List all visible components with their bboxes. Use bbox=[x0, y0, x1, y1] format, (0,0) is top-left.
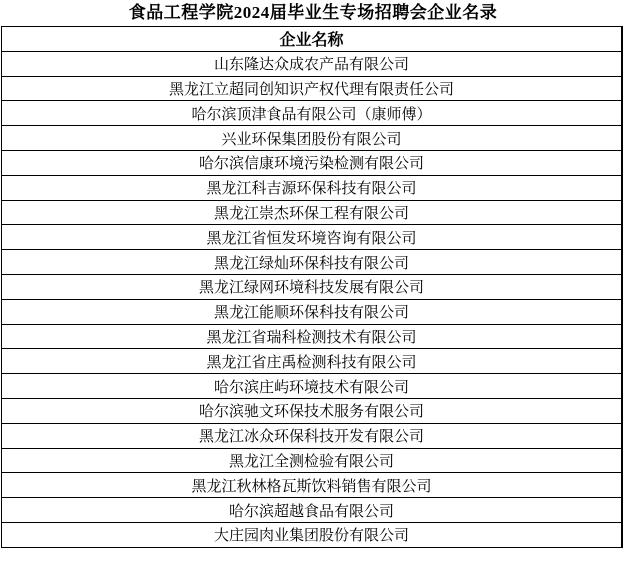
table-row: 黑龙江崇杰环保工程有限公司 bbox=[2, 200, 623, 225]
document-page: 食品工程学院2024届毕业生专场招聘会企业名录 企业名称 山东隆达众成农产品有限… bbox=[0, 0, 626, 573]
table-row: 哈尔滨超越食品有限公司 bbox=[2, 498, 623, 523]
table-row: 哈尔滨驰文环保技术服务有限公司 bbox=[2, 398, 623, 423]
table-row: 黑龙江科吉源环保科技有限公司 bbox=[2, 175, 623, 200]
company-name-cell: 哈尔滨信康环境污染检测有限公司 bbox=[2, 150, 623, 175]
table-row: 哈尔滨庄屿环境技术有限公司 bbox=[2, 374, 623, 399]
table-row: 黑龙江省瑞科检测技术有限公司 bbox=[2, 324, 623, 349]
company-name-cell: 黑龙江科吉源环保科技有限公司 bbox=[2, 175, 623, 200]
company-table: 企业名称 山东隆达众成农产品有限公司黑龙江立超同创知识产权代理有限责任公司哈尔滨… bbox=[1, 26, 623, 548]
table-row: 黑龙江秋林格瓦斯饮料销售有限公司 bbox=[2, 473, 623, 498]
company-name-cell: 黑龙江省庄禹检测科技有限公司 bbox=[2, 349, 623, 374]
company-name-cell: 黑龙江立超同创知识产权代理有限责任公司 bbox=[2, 76, 623, 101]
company-name-cell: 黑龙江绿灿环保科技有限公司 bbox=[2, 250, 623, 275]
company-name-cell: 山东隆达众成农产品有限公司 bbox=[2, 51, 623, 76]
company-name-cell: 哈尔滨庄屿环境技术有限公司 bbox=[2, 374, 623, 399]
company-name-cell: 黑龙江秋林格瓦斯饮料销售有限公司 bbox=[2, 473, 623, 498]
table-row: 黑龙江省庄禹检测科技有限公司 bbox=[2, 349, 623, 374]
table-row: 黑龙江绿灿环保科技有限公司 bbox=[2, 250, 623, 275]
company-name-cell: 大庄园肉业集团股份有限公司 bbox=[2, 522, 623, 547]
table-header-row: 企业名称 bbox=[2, 27, 623, 52]
company-name-cell: 黑龙江省恒发环境咨询有限公司 bbox=[2, 225, 623, 250]
table-row: 大庄园肉业集团股份有限公司 bbox=[2, 522, 623, 547]
company-name-cell: 黑龙江省瑞科检测技术有限公司 bbox=[2, 324, 623, 349]
table-row: 黑龙江全测检验有限公司 bbox=[2, 448, 623, 473]
table-row: 黑龙江立超同创知识产权代理有限责任公司 bbox=[2, 76, 623, 101]
table-header-cell: 企业名称 bbox=[2, 27, 623, 52]
table-row: 山东隆达众成农产品有限公司 bbox=[2, 51, 623, 76]
table-row: 哈尔滨顶津食品有限公司（康师傅） bbox=[2, 101, 623, 126]
table-row: 黑龙江绿网环境科技发展有限公司 bbox=[2, 274, 623, 299]
page-title: 食品工程学院2024届毕业生专场招聘会企业名录 bbox=[0, 0, 626, 26]
company-name-cell: 哈尔滨驰文环保技术服务有限公司 bbox=[2, 398, 623, 423]
table-row: 哈尔滨信康环境污染检测有限公司 bbox=[2, 150, 623, 175]
company-name-cell: 黑龙江绿网环境科技发展有限公司 bbox=[2, 274, 623, 299]
company-name-cell: 黑龙江冰众环保科技开发有限公司 bbox=[2, 423, 623, 448]
company-name-cell: 黑龙江全测检验有限公司 bbox=[2, 448, 623, 473]
table-row: 兴业环保集团股份有限公司 bbox=[2, 126, 623, 151]
company-name-cell: 黑龙江崇杰环保工程有限公司 bbox=[2, 200, 623, 225]
company-name-cell: 黑龙江能顺环保科技有限公司 bbox=[2, 299, 623, 324]
table-row: 黑龙江省恒发环境咨询有限公司 bbox=[2, 225, 623, 250]
company-table-body: 山东隆达众成农产品有限公司黑龙江立超同创知识产权代理有限责任公司哈尔滨顶津食品有… bbox=[2, 51, 623, 547]
table-row: 黑龙江冰众环保科技开发有限公司 bbox=[2, 423, 623, 448]
table-row: 黑龙江能顺环保科技有限公司 bbox=[2, 299, 623, 324]
company-name-cell: 兴业环保集团股份有限公司 bbox=[2, 126, 623, 151]
company-name-cell: 哈尔滨顶津食品有限公司（康师傅） bbox=[2, 101, 623, 126]
company-name-cell: 哈尔滨超越食品有限公司 bbox=[2, 498, 623, 523]
